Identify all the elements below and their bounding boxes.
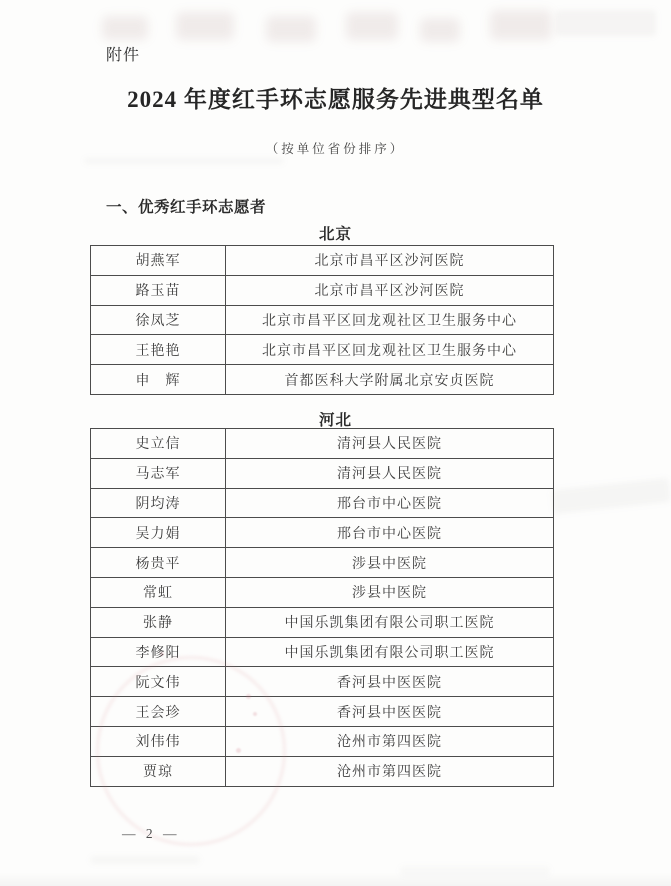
volunteer-org: 清河县人民医院 <box>226 429 554 459</box>
stamp-dot <box>160 652 164 656</box>
volunteer-name: 王艳艳 <box>91 335 226 365</box>
bleedthrough-blob <box>420 18 460 42</box>
scan-edge-shade <box>0 872 671 886</box>
stamp-dot <box>236 748 241 753</box>
table-row: 徐凤芝 北京市昌平区回龙观社区卫生服务中心 <box>91 305 554 335</box>
province-heading-beijing: 北京 <box>0 222 671 244</box>
volunteer-name: 杨贵平 <box>91 548 226 578</box>
volunteer-org: 邢台市中心医院 <box>226 488 554 518</box>
bleedthrough-blob <box>490 10 552 40</box>
volunteer-name: 路玉苗 <box>91 275 226 305</box>
volunteer-org: 北京市昌平区沙河医院 <box>226 275 554 305</box>
scan-smudge <box>84 158 284 164</box>
scan-smudge <box>556 10 656 36</box>
volunteer-org: 首都医科大学附属北京安贞医院 <box>226 365 554 395</box>
stamp-artifact <box>96 656 286 846</box>
volunteer-org: 北京市昌平区回龙观社区卫生服务中心 <box>226 335 554 365</box>
volunteer-org: 北京市昌平区沙河医院 <box>226 246 554 276</box>
volunteer-org: 清河县人民医院 <box>226 458 554 488</box>
scan-smudge <box>551 478 671 514</box>
table-row: 路玉苗 北京市昌平区沙河医院 <box>91 275 554 305</box>
bleedthrough-blob <box>346 12 398 40</box>
stamp-dot <box>246 694 251 699</box>
volunteer-org: 中国乐凯集团有限公司职工医院 <box>226 637 554 667</box>
bleedthrough-blob <box>266 16 316 42</box>
stamp-dot <box>253 712 257 716</box>
volunteer-name: 徐凤芝 <box>91 305 226 335</box>
section-heading: 一、优秀红手环志愿者 <box>106 195 266 217</box>
document-title: 2024 年度红手环志愿服务先进典型名单 <box>0 81 671 114</box>
table-row: 常虹 涉县中医院 <box>91 577 554 607</box>
bleedthrough-blob <box>102 16 148 40</box>
table-row: 杨贵平 涉县中医院 <box>91 548 554 578</box>
volunteer-name: 申 辉 <box>91 365 226 395</box>
volunteer-name: 张静 <box>91 607 226 637</box>
volunteer-org: 北京市昌平区回龙观社区卫生服务中心 <box>226 305 554 335</box>
volunteer-org: 香河县中医医院 <box>226 667 554 697</box>
table-row: 马志军 清河县人民医院 <box>91 458 554 488</box>
document-subtitle: （按单位省份排序） <box>0 139 671 157</box>
attachment-label: 附件 <box>106 42 140 65</box>
volunteer-name: 阴均涛 <box>91 488 226 518</box>
table-row: 申 辉 首都医科大学附属北京安贞医院 <box>91 365 554 395</box>
volunteer-name: 胡燕军 <box>91 246 226 276</box>
scan-smudge <box>90 856 200 864</box>
bleedthrough-artifact <box>98 4 568 44</box>
volunteer-org: 中国乐凯集团有限公司职工医院 <box>226 607 554 637</box>
table-row: 胡燕军 北京市昌平区沙河医院 <box>91 246 554 276</box>
table-row: 史立信 清河县人民医院 <box>91 429 554 459</box>
volunteer-name: 常虹 <box>91 577 226 607</box>
document-page: 附件 2024 年度红手环志愿服务先进典型名单 （按单位省份排序） 一、优秀红手… <box>0 0 671 886</box>
volunteer-org: 涉县中医院 <box>226 577 554 607</box>
table-row: 王艳艳 北京市昌平区回龙观社区卫生服务中心 <box>91 335 554 365</box>
province-heading-hebei: 河北 <box>0 408 671 430</box>
bleedthrough-blob <box>176 12 234 40</box>
volunteer-name: 史立信 <box>91 429 226 459</box>
volunteer-org: 涉县中医院 <box>226 548 554 578</box>
beijing-table: 胡燕军 北京市昌平区沙河医院 路玉苗 北京市昌平区沙河医院 徐凤芝 北京市昌平区… <box>90 245 554 395</box>
volunteer-name: 马志军 <box>91 458 226 488</box>
page-number: — 2 — <box>122 826 177 842</box>
volunteer-org: 邢台市中心医院 <box>226 518 554 548</box>
table-row: 张静 中国乐凯集团有限公司职工医院 <box>91 607 554 637</box>
table-row: 吴力娟 邢台市中心医院 <box>91 518 554 548</box>
volunteer-name: 吴力娟 <box>91 518 226 548</box>
table-row: 阴均涛 邢台市中心医院 <box>91 488 554 518</box>
